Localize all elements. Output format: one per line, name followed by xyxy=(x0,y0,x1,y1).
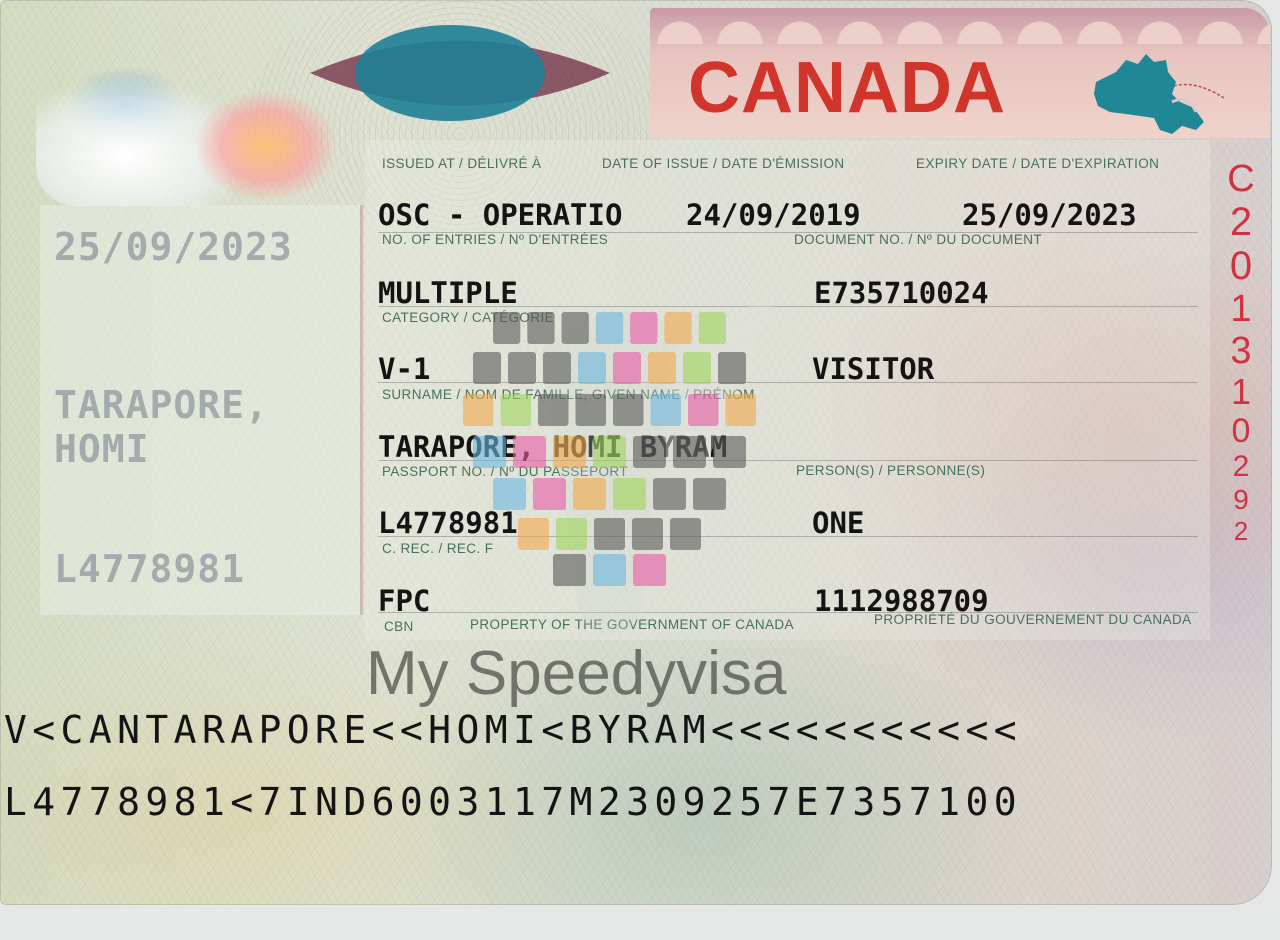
expiry-date-value: 25/09/2023 xyxy=(962,198,1137,232)
watermark-text: My Speedyvisa xyxy=(366,638,786,709)
category-description: VISITOR xyxy=(812,352,934,386)
serial-number: C201310292 xyxy=(1226,160,1256,548)
document-no-value: E735710024 xyxy=(814,276,989,310)
canada-map-icon xyxy=(1076,42,1226,152)
persons-value: ONE xyxy=(812,506,864,540)
visa-document: CANADA 25/09/2023 TARAPORE, HOMI L477898… xyxy=(0,0,1272,905)
expiry-date-label: EXPIRY DATE / DATE D'EXPIRATION xyxy=(916,156,1159,171)
entries-label: No. OF ENTRIES / Nº D'ENTRÉES xyxy=(382,232,608,247)
document-no-label: DOCUMENT No. / Nº DU DOCUMENT xyxy=(794,232,1042,247)
country-title: CANADA xyxy=(688,52,1006,124)
emblem-icon xyxy=(300,18,620,128)
header-wave xyxy=(650,8,1270,44)
mrz-line-1: V<CANTARAPORE<<HOMI<BYRAM<<<<<<<<<<< xyxy=(4,708,1022,752)
ghost-passport: L4778981 xyxy=(54,547,245,591)
property-note-fr: PROPRIÉTÉ DU GOUVERNEMENT DU CANADA xyxy=(874,612,1192,627)
ghost-name: TARAPORE, HOMI xyxy=(54,383,360,471)
mrz-line-2: L4778981<7IND6003117M2309257E7357100 xyxy=(4,780,1022,824)
issued-at-label: ISSUED AT / DÉLIVRÉ À xyxy=(382,156,541,171)
persons-label: PERSON(S) / PERSONNE(S) xyxy=(796,463,985,478)
category-value: V-1 xyxy=(378,352,430,386)
ghost-image-panel: 25/09/2023 TARAPORE, HOMI L4778981 xyxy=(40,205,363,615)
date-of-issue-value: 24/09/2019 xyxy=(686,198,861,232)
date-of-issue-label: DATE OF ISSUE / DATE D'ÉMISSION xyxy=(602,156,845,171)
cbn-label: CBN xyxy=(384,619,414,634)
ghost-expiry: 25/09/2023 xyxy=(54,225,293,269)
hologram-icon xyxy=(36,46,336,206)
issued-at-value: OSC - OPERATIO xyxy=(378,198,622,232)
globe-mosaic-logo-icon xyxy=(440,290,800,640)
